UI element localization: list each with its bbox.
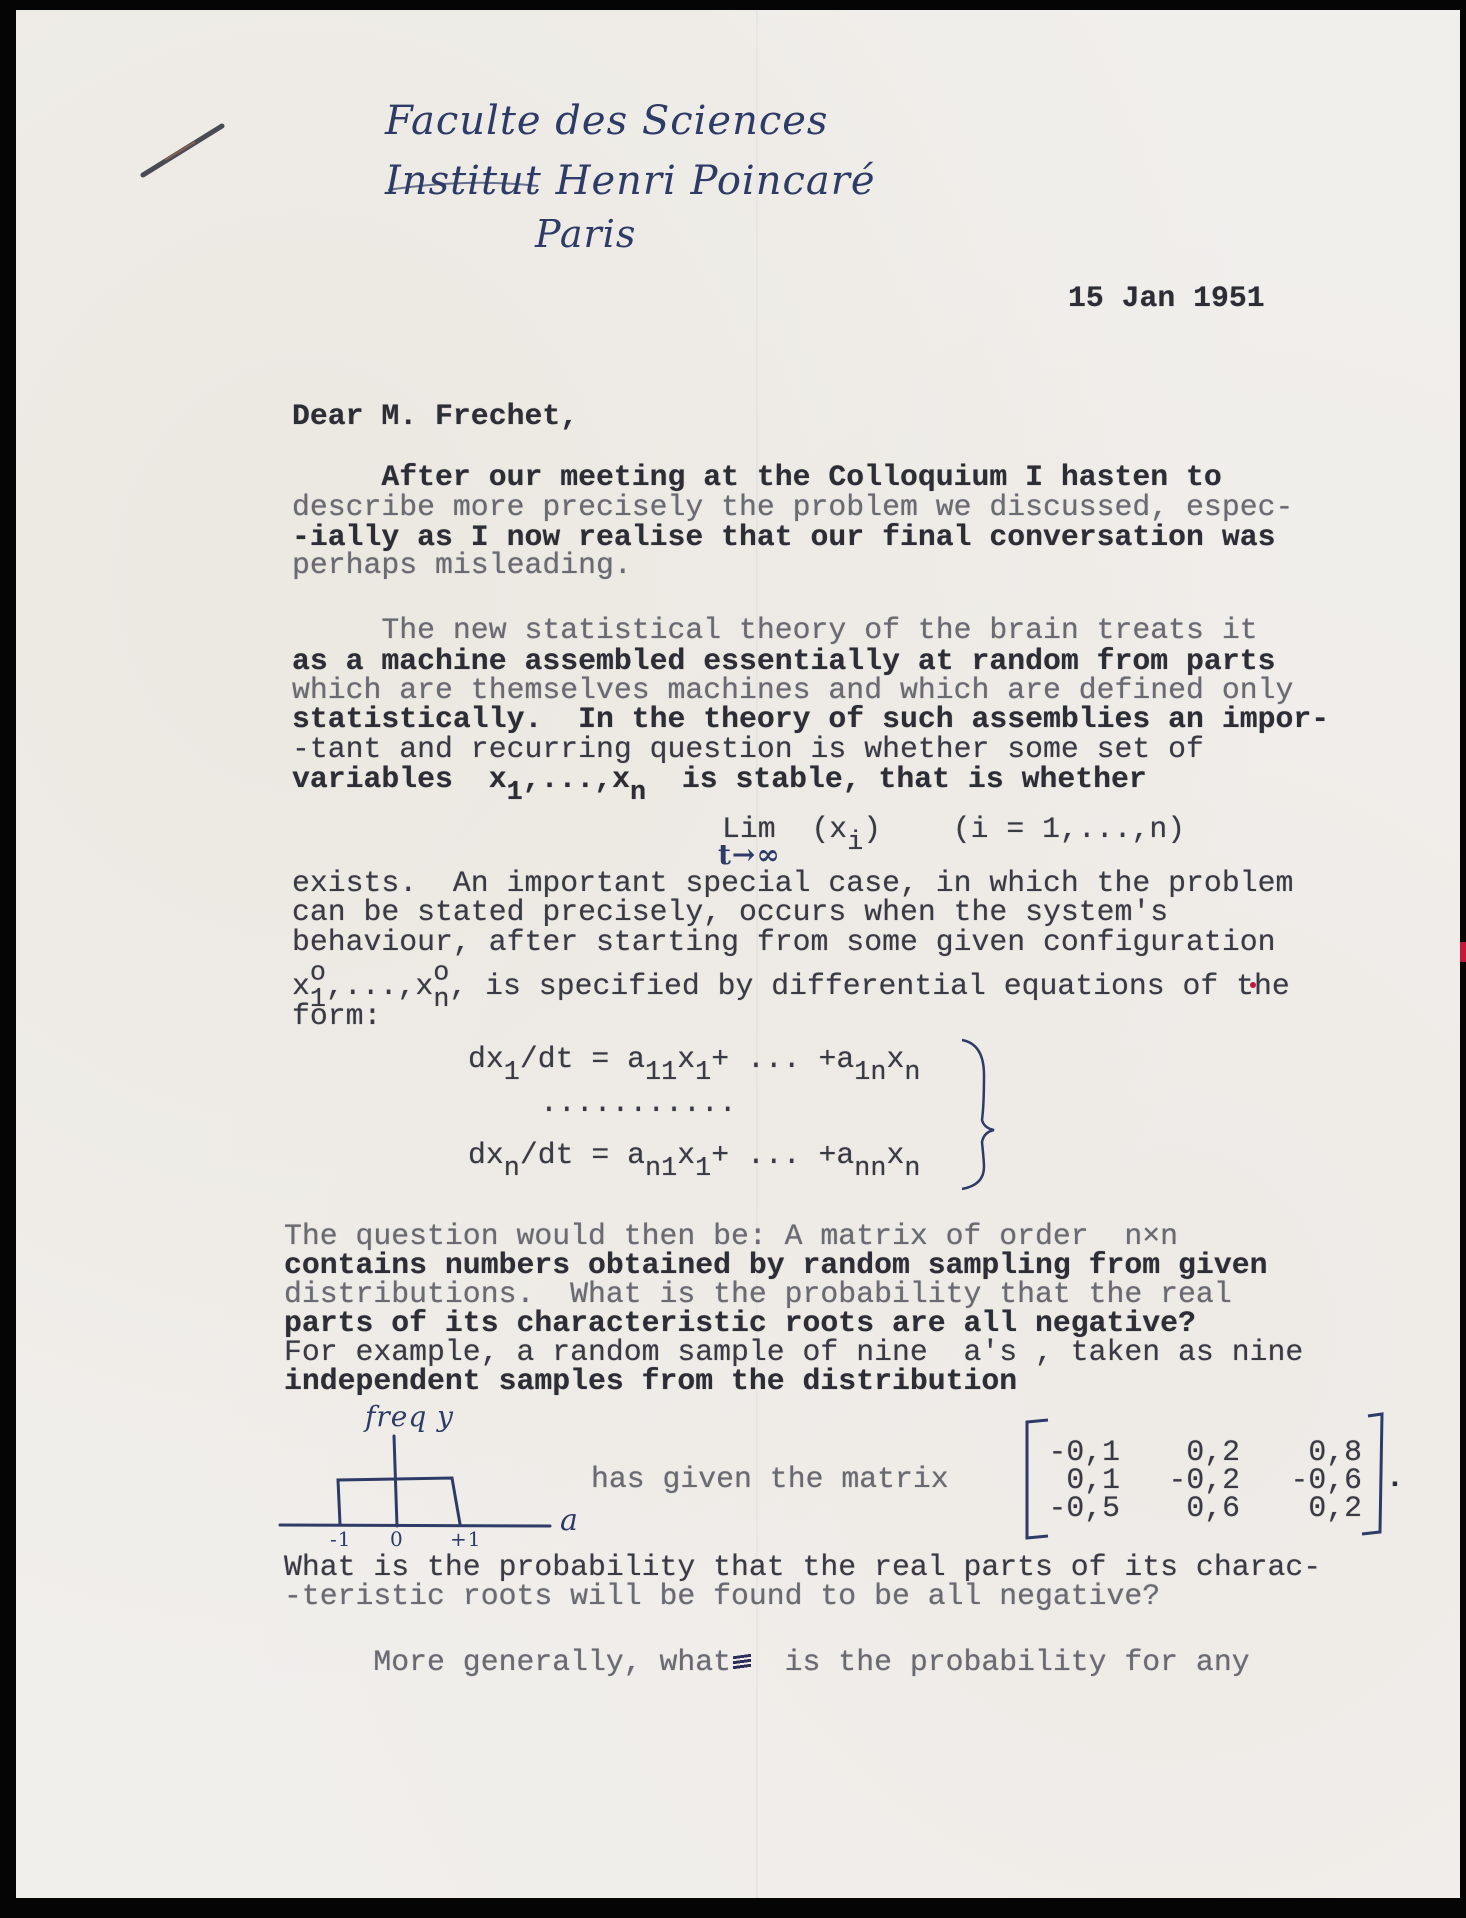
text-line: After our meeting at the Colloquium I ha… xyxy=(292,462,1222,492)
text-line: behaviour, after starting from some give… xyxy=(292,927,1275,957)
matrix-period: . xyxy=(1386,1463,1404,1493)
sketch-tick-minus-one: -1 xyxy=(330,1527,351,1551)
text-line: contains numbers obtained by random samp… xyxy=(284,1250,1267,1280)
text-line: exists. An important special case, in wh… xyxy=(292,868,1293,898)
red-ink-dot xyxy=(1250,982,1256,988)
right-brace xyxy=(962,1040,994,1189)
form-label: form: xyxy=(292,1001,381,1031)
salutation: Dear M. Frechet, xyxy=(292,401,578,431)
text-line: describe more precisely the problem we d… xyxy=(292,492,1293,522)
matrix-cell: 0,2 xyxy=(1272,1493,1362,1523)
text-line: perhaps misleading. xyxy=(292,550,632,580)
sketch-tick-zero: 0 xyxy=(390,1527,404,1551)
text-line: parts of its characteristic roots are al… xyxy=(284,1308,1196,1338)
text-line: which are themselves machines and which … xyxy=(292,675,1293,705)
text-line: The question would then be: A matrix of … xyxy=(284,1221,1178,1251)
text-line: -teristic roots will be found to be all … xyxy=(284,1581,1160,1611)
text-line: The new statistical theory of the brain … xyxy=(292,615,1258,645)
variables-line: variables x1,...,xn is stable, that is w… xyxy=(292,764,1147,794)
text-line: What is the probability that the real pa… xyxy=(284,1552,1321,1582)
distribution-sketch xyxy=(280,1436,550,1526)
sketch-ylabel: freq y xyxy=(365,1400,454,1433)
sketch-tick-plus-one: +1 xyxy=(450,1527,481,1551)
matrix-cell: 0,6 xyxy=(1150,1493,1240,1523)
text-line: For example, a random sample of nine a's… xyxy=(284,1337,1303,1367)
text-line: -tant and recurring question is whether … xyxy=(292,734,1204,764)
red-edge-mark xyxy=(1460,942,1466,962)
equation-1: dx1/dt = a11x1+ ... +a1nxn xyxy=(468,1044,920,1074)
text-line: can be stated precisely, occurs when the… xyxy=(292,897,1168,927)
equation-ellipsis: ........... xyxy=(540,1088,737,1118)
matrix-cell: -0,5 xyxy=(1040,1493,1120,1523)
struck-out-character xyxy=(733,1654,751,1671)
limit-expression: Lim (xi) (i = 1,...,n) xyxy=(722,814,1185,844)
paragraph-6: More generally, what is the probability … xyxy=(284,1647,1250,1677)
matrix-intro: has given the matrix xyxy=(591,1464,949,1494)
equation-n: dxn/dt = an1x1+ ... +annxn xyxy=(468,1140,920,1170)
initial-config-line: xo1,...,xon, is specified by differentia… xyxy=(292,971,1290,1001)
handwritten-city: Paris xyxy=(535,212,636,256)
letter-date: 15 Jan 1951 xyxy=(1068,283,1265,313)
text-line: as a machine assembled essentially at ra… xyxy=(292,646,1275,676)
text-line: independent samples from the distributio… xyxy=(284,1366,1017,1396)
handwritten-institute: Institut Henri Poincaré xyxy=(385,158,876,204)
handwritten-faculty: Faculte des Sciences xyxy=(385,98,828,144)
text-line: distributions. What is the probability t… xyxy=(284,1279,1232,1309)
text-line: statistically. In the theory of such ass… xyxy=(292,704,1329,734)
sketch-xlabel: a xyxy=(560,1503,579,1538)
